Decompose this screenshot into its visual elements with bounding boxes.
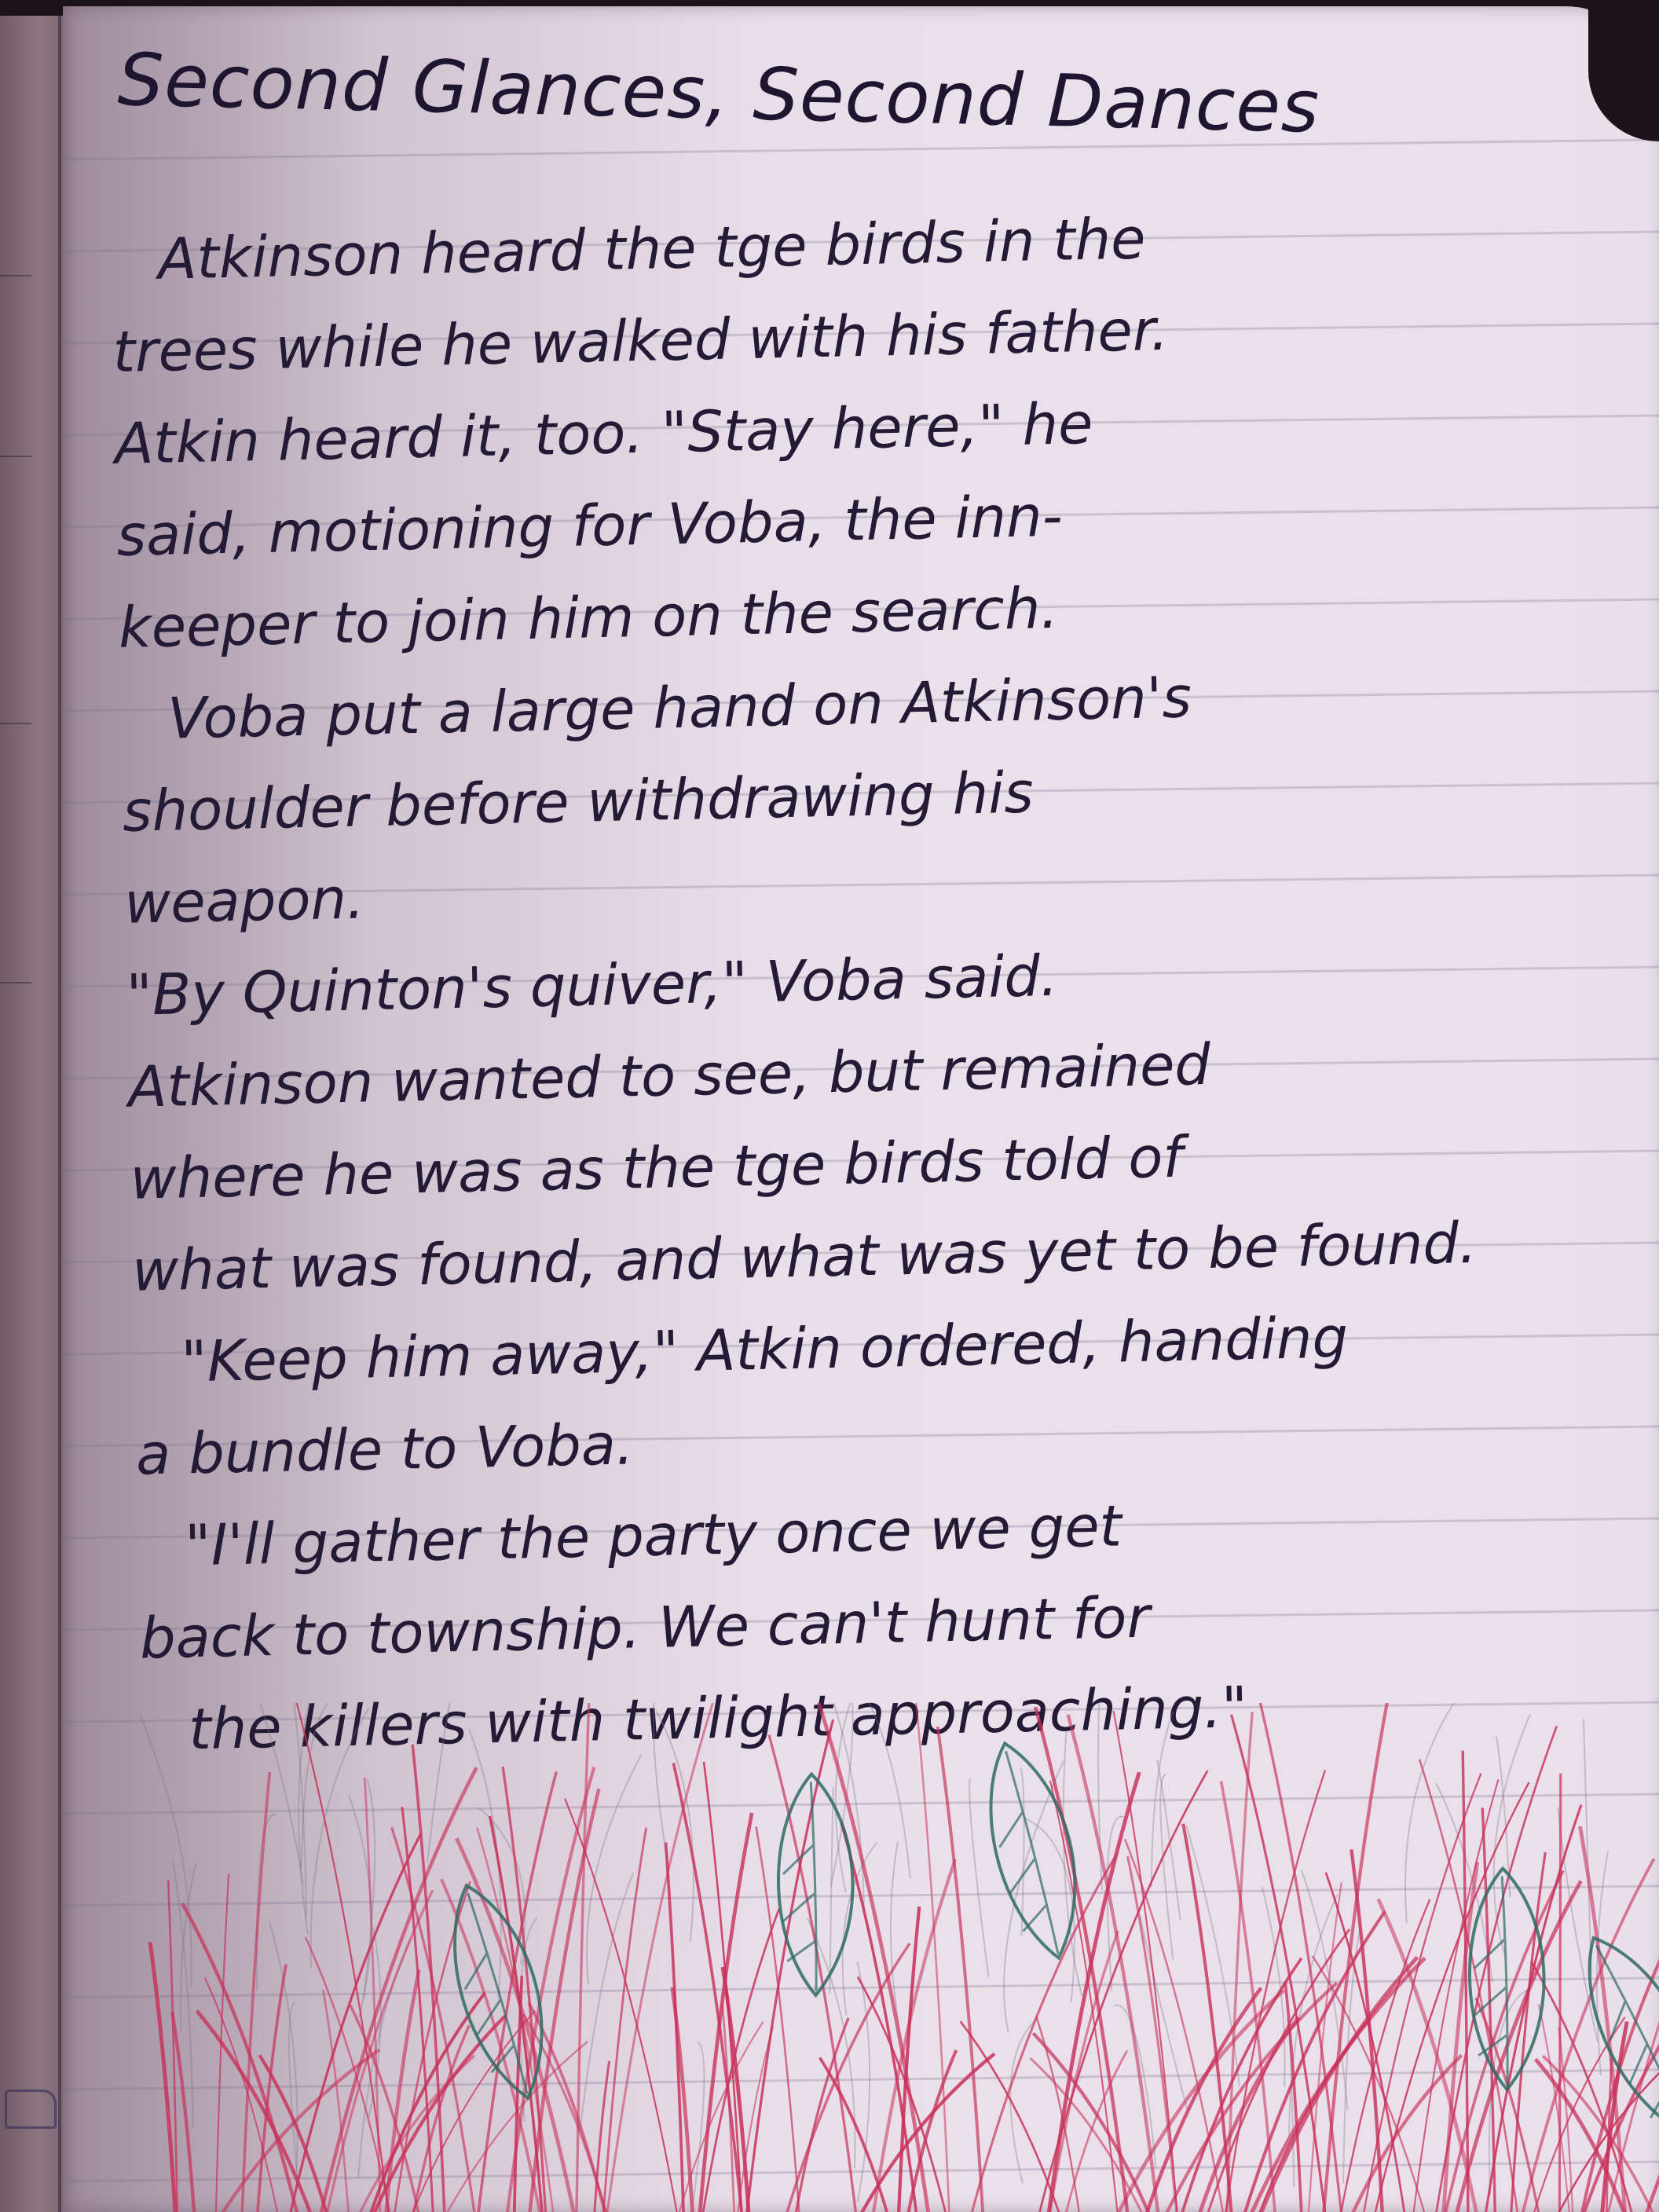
page-tab-mark: [5, 2089, 57, 2129]
left-page-rule: [0, 982, 31, 983]
grass-leaves-drawing: [63, 1703, 1659, 2212]
left-page-rule: [0, 456, 31, 457]
notebook-page: Second Glances, Second Dances Atkinson h…: [63, 6, 1659, 2212]
handwritten-story-text: Atkinson heard the tge birds in thetrees…: [110, 182, 1659, 1777]
page-gutter: [58, 16, 61, 2212]
page-title: Second Glances, Second Dances: [117, 38, 1320, 149]
left-page-rule: [0, 723, 31, 724]
notebook-photo: Second Glances, Second Dances Atkinson h…: [0, 0, 1659, 2212]
left-page-rule: [0, 275, 31, 276]
